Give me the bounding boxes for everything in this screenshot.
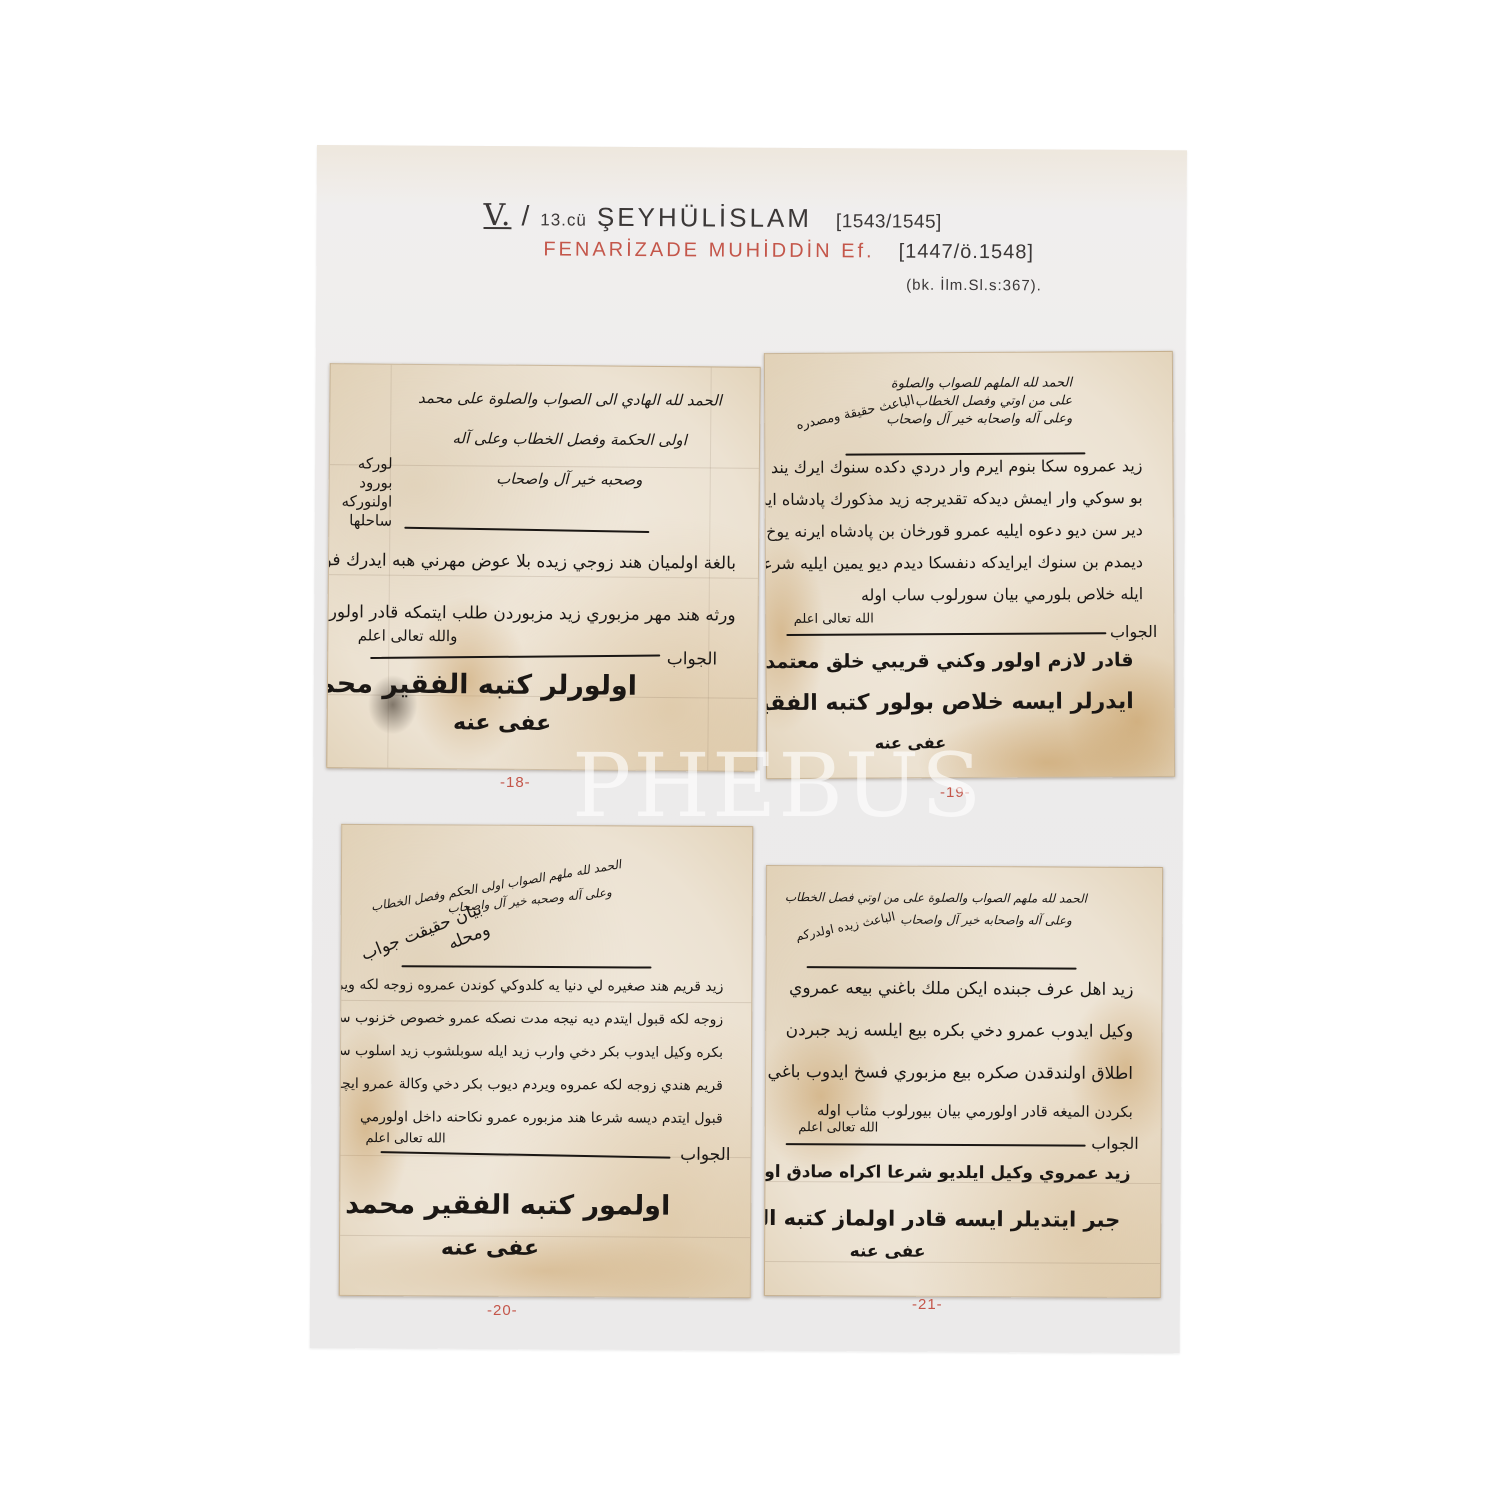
ordinal-number: 13.cü (540, 210, 587, 230)
fragment-number-19: -19- (940, 784, 971, 801)
invocation-line: على من اوتي وفصل الخطاب (935, 392, 1072, 411)
header-separator: / (521, 200, 530, 232)
signature-formula: عفى عنه (430, 1235, 550, 1261)
answer-line: زيد عمروي وكيل ايلديو شرعا اكراه صادق او… (773, 1154, 1130, 1193)
answer-label: الجواب (1086, 1134, 1139, 1153)
signature-formula: عفى عنه (448, 710, 557, 736)
closing-formula: والله تعالى اعلم (378, 627, 457, 646)
question-line: زيد اهل عرف جبنده ايكن ملك باغني بيعه عم… (772, 970, 1133, 1009)
answer-label: الجواب (670, 1145, 730, 1165)
signature-formula: عفى عنه (845, 1241, 930, 1261)
manuscript-fragment-21: الحمد لله ملهم الصواب والصلوة على من اوت… (764, 865, 1163, 1298)
question-line: قريم هندي زوجه لكه عمروه ويردم ديوب بكر … (347, 1069, 723, 1101)
invocation-line: الحمد لله الهادي الى الصواب والصلوة على … (410, 387, 729, 412)
question-line: ديمدم بن سنوك ايرايدكه دنفسكا ديدم ديو ي… (774, 548, 1143, 578)
mufti-signature: اولمور كتبه الفقير محمد (410, 1185, 670, 1226)
mufti-signature: ايدرلر ايسه خلاص بولور كتبه الفقير محمد (827, 682, 1134, 724)
question-line: بكره وكيل ايدوب بكر دخي وارب زيد ايله سو… (347, 1036, 723, 1068)
manuscript-fragment-20: الحمد لله ملهم الصواب اولى الحكم وفصل ال… (339, 824, 753, 1298)
manuscript-fragment-19: الحمد لله الملهم للصواب والصلوة على من ا… (764, 351, 1175, 779)
signature-formula: عفى عنه (847, 733, 974, 753)
invocation-line: الحمد لله الملهم للصواب والصلوة (935, 374, 1072, 393)
answer-label: الجواب (668, 649, 717, 669)
bibliographic-reference: (bk. İlm.Sl.s:367). (906, 277, 1042, 295)
mufti-signature: اولورلر كتبه الفقير محمد (418, 665, 637, 707)
closing-formula: الله تعالى اعلم (786, 1120, 891, 1136)
life-dates: [1447/ö.1548] (899, 241, 1034, 265)
header-line-title: V. / 13.cü ŞEYHÜLİSLAM [1543/1545] (483, 198, 942, 236)
person-name: FENARİZADE MUHİDDİN Ef. (543, 238, 874, 263)
question-line: دير سن ديو دعوه ايليه عمرو قورخان بن پاد… (774, 516, 1143, 546)
term-dates: [1543/1545] (836, 211, 942, 234)
section-roman-numeral: V. (483, 198, 511, 233)
question-line: قبول ايتدم ديسه شرعا هند مزبوره عمرو نكا… (347, 1102, 723, 1134)
question-line: زوجه لكه قبول ايتدم ديه نيجه مدت نصكه عم… (347, 1003, 723, 1035)
question-line: اطلاق اولندقدن صكره بيع مزبوري فسخ ايدوب… (772, 1054, 1133, 1093)
invocation-line: وعلى آله واصحابه خير آل واصحاب (942, 911, 1072, 930)
fragment-number-20: -20- (487, 1302, 518, 1319)
answer-line: قادر لازم اولور وكني قريبي خلق معتمد ديو… (786, 642, 1133, 681)
closing-formula: الله تعالى اعلم (361, 1131, 451, 1146)
invocation-line: الحمد لله ملهم الصواب والصلوة على من اوت… (922, 889, 1087, 908)
question-line: وكيل ايدوب عمرو دخي بكره بيع ايلسه زيد ج… (772, 1012, 1133, 1051)
closing-formula: الله تعالى اعلم (774, 611, 893, 627)
question-line: بو سوكي وار ايمش ديدكه تقديرجه زيد مذكور… (774, 484, 1143, 514)
answer-label: الجواب (1106, 622, 1157, 641)
invocation-line: اولى الحكمة وفصل الخطاب وعلى آله (440, 427, 699, 451)
sheet-header: V. / 13.cü ŞEYHÜLİSLAM [1543/1545] FENAR… (316, 145, 1187, 330)
invocation-line: وعلى آله واصحابه خير آل واصحاب (935, 410, 1072, 429)
question-line: ايله خلاص بلورمي بيان سورلوب ساب اوله (774, 580, 1143, 610)
manuscript-fragment-18: الحمد لله الهادي الى الصواب والصلوة على … (326, 363, 761, 772)
fragment-number-18: -18- (500, 774, 531, 791)
header-line-name: FENARİZADE MUHİDDİN Ef. [1447/ö.1548] (543, 238, 1034, 264)
fragment-number-21: -21- (912, 1296, 943, 1313)
margin-note: الباعث زيده اولدركم (794, 906, 897, 946)
invocation-line: وصحبه خير آل واصحاب (470, 467, 669, 491)
question-line: بالغة اولميان هند زوجي زيده بلا عوض مهرن… (339, 542, 736, 582)
margin-note: الباعث حقيقة ومصدره (794, 391, 916, 436)
question-line: زيد عمروه سكا بنوم ايرم وار دردي دكده سن… (773, 452, 1142, 482)
office-title: ŞEYHÜLİSLAM (597, 202, 812, 234)
mufti-signature: جبر ايتديلر ايسه قادر اولماز كتبه الفقير… (825, 1198, 1120, 1240)
question-line: زيد قريم هند صغيره لي دنيا يه كلدوكي كون… (347, 970, 723, 1002)
margin-note: لوركه بورود اولنوركه ساحلها (341, 454, 392, 530)
